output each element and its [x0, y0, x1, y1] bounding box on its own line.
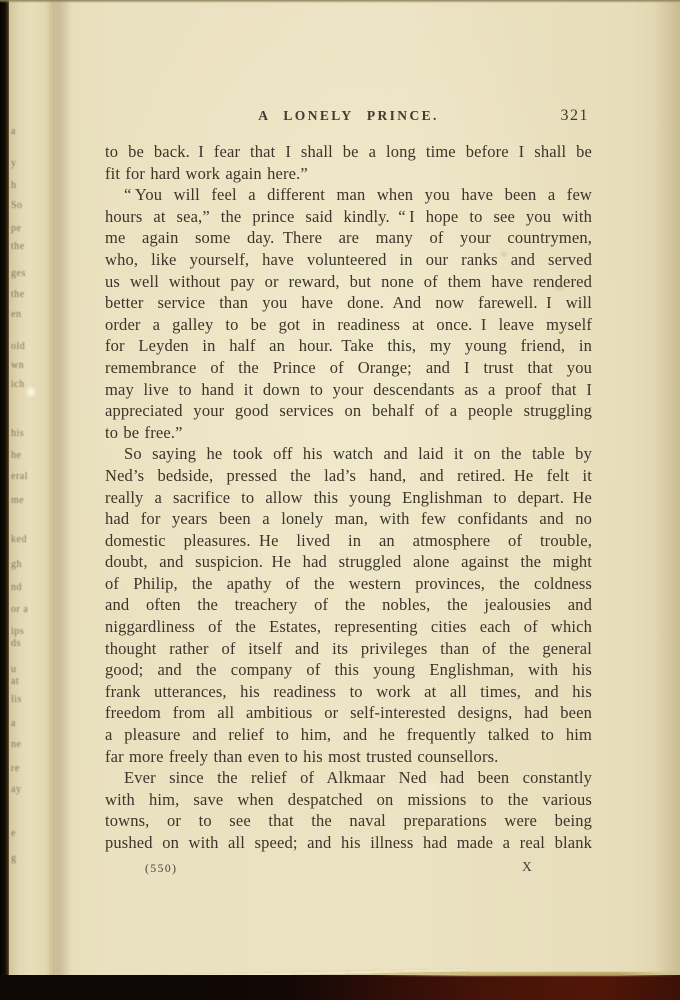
paper-stain: [24, 386, 38, 398]
text-line: had for years been a lonely man, with fe…: [105, 508, 592, 530]
text-line: Ever since the relief of Alkmaar Ned had…: [105, 767, 592, 789]
text-line: me again some day. There are many of you…: [105, 227, 592, 249]
gutter-fragment: ds: [11, 638, 21, 649]
gutter-fragment: or a: [11, 604, 28, 615]
text-line: So saying he took off his watch and laid…: [105, 443, 592, 465]
gutter-fragment: ne: [11, 739, 21, 750]
gutter-fragment: So: [11, 200, 23, 211]
text-line: frank utterances, his readiness to work …: [105, 681, 592, 703]
page-content: A LONELY PRINCE. 321 to be back. I fear …: [105, 106, 592, 854]
gutter-fragment: ay: [11, 784, 21, 795]
text-line: doubt, and suspicion. He had struggled a…: [105, 551, 592, 573]
gutter-fragment: h: [11, 180, 17, 191]
gutter-fragment: he: [11, 450, 21, 461]
gutter-fragment: gh: [11, 559, 22, 570]
gutter-fragment: his: [11, 428, 24, 439]
gutter-fragment: wn: [11, 360, 24, 371]
gutter-fragment: the: [11, 241, 25, 252]
gutter-fragment: e: [11, 828, 16, 839]
paragraph-4: Ever since the relief of Alkmaar Ned had…: [105, 767, 592, 853]
gutter-fragment: eral: [11, 471, 28, 482]
text-line: may live to hand it down to your descend…: [105, 379, 592, 401]
text-line: towns, or to see that the naval preparat…: [105, 810, 592, 832]
gutter-fragment: g: [11, 853, 17, 864]
signature-catchword: X: [522, 859, 533, 875]
book-cover-edge: [0, 975, 680, 1000]
page-number: 321: [561, 106, 590, 126]
text-line: domestic pleasures. He lived in an atmos…: [105, 530, 592, 552]
text-line: to be free.”: [105, 422, 592, 444]
gutter-fragment: pe: [11, 223, 21, 234]
page-crease: [46, 0, 72, 1000]
text-line: for Leyden in half an hour. Take this, m…: [105, 335, 592, 357]
gutter-fragment: ked: [11, 534, 27, 545]
paragraph-2: “ You will feel a different man when you…: [105, 184, 592, 443]
text-line: pushed on with all speed; and his illnes…: [105, 832, 592, 854]
running-header: A LONELY PRINCE. 321: [105, 106, 592, 126]
text-line: far more freely than even to his most tr…: [105, 746, 592, 768]
page-right-shading: [654, 0, 680, 1000]
body-text: to be back. I fear that I shall be a lon…: [105, 141, 592, 854]
text-line: a pleasure and relief to him, and he fre…: [105, 724, 592, 746]
text-line: and often the treachery of the nobles, t…: [105, 594, 592, 616]
text-line: to be back. I fear that I shall be a lon…: [105, 141, 592, 163]
gutter-fragment: old: [11, 341, 25, 352]
gutter-fragment: lis: [11, 694, 22, 705]
text-line: niggardliness of the Estates, representi…: [105, 616, 592, 638]
text-line: who, like yourself, have volunteered in …: [105, 249, 592, 271]
text-line: “ You will feel a different man when you…: [105, 184, 592, 206]
gutter-fragment: the: [11, 289, 25, 300]
gutter-fragment: a: [11, 718, 16, 729]
text-line: remembrance of the Prince of Orange; and…: [105, 357, 592, 379]
gutter-fragment: re: [11, 763, 20, 774]
book-page-scan: ayhSopethegestheenoldwnichhisheeralmeked…: [0, 0, 680, 1000]
text-line: thought rather of itself and its privile…: [105, 638, 592, 660]
gutter-fragment: me: [11, 495, 24, 506]
text-line: with him, save when despatched on missio…: [105, 789, 592, 811]
text-line: order a galley to be got in readiness at…: [105, 314, 592, 336]
gutter-fragment: u: [11, 664, 17, 675]
gutter-fragment: nd: [11, 582, 22, 593]
text-line: freedom from all ambitious or self-inter…: [105, 702, 592, 724]
gutter-fragment: ich: [11, 379, 25, 390]
text-line: good; and the company of this young Engl…: [105, 659, 592, 681]
text-line: better service than you have done. And n…: [105, 292, 592, 314]
paragraph-1: to be back. I fear that I shall be a lon…: [105, 141, 592, 184]
text-line: appreciated your good services on behalf…: [105, 400, 592, 422]
text-line: really a sacrifice to allow this young E…: [105, 487, 592, 509]
gutter-fragment: en: [11, 309, 21, 320]
book-gutter-shadow: [0, 0, 9, 1000]
text-line: Ned’s bedside, pressed the lad’s hand, a…: [105, 465, 592, 487]
gutter-fragment: at: [11, 676, 19, 687]
printer-signature: (550): [145, 863, 177, 875]
running-title: A LONELY PRINCE.: [105, 106, 592, 126]
gutter-fragment: a: [11, 126, 16, 137]
gutter-fragment: ips: [11, 626, 24, 637]
gutter-fragment: y: [11, 158, 17, 169]
text-line: us well without pay or reward, but none …: [105, 271, 592, 293]
text-line: hours at sea,” the prince said kindly. “…: [105, 206, 592, 228]
gutter-fragment: ges: [11, 268, 26, 279]
text-line: fit for hard work again here.”: [105, 163, 592, 185]
paragraph-3: So saying he took off his watch and laid…: [105, 443, 592, 767]
text-line: of Philip, the apathy of the western pro…: [105, 573, 592, 595]
